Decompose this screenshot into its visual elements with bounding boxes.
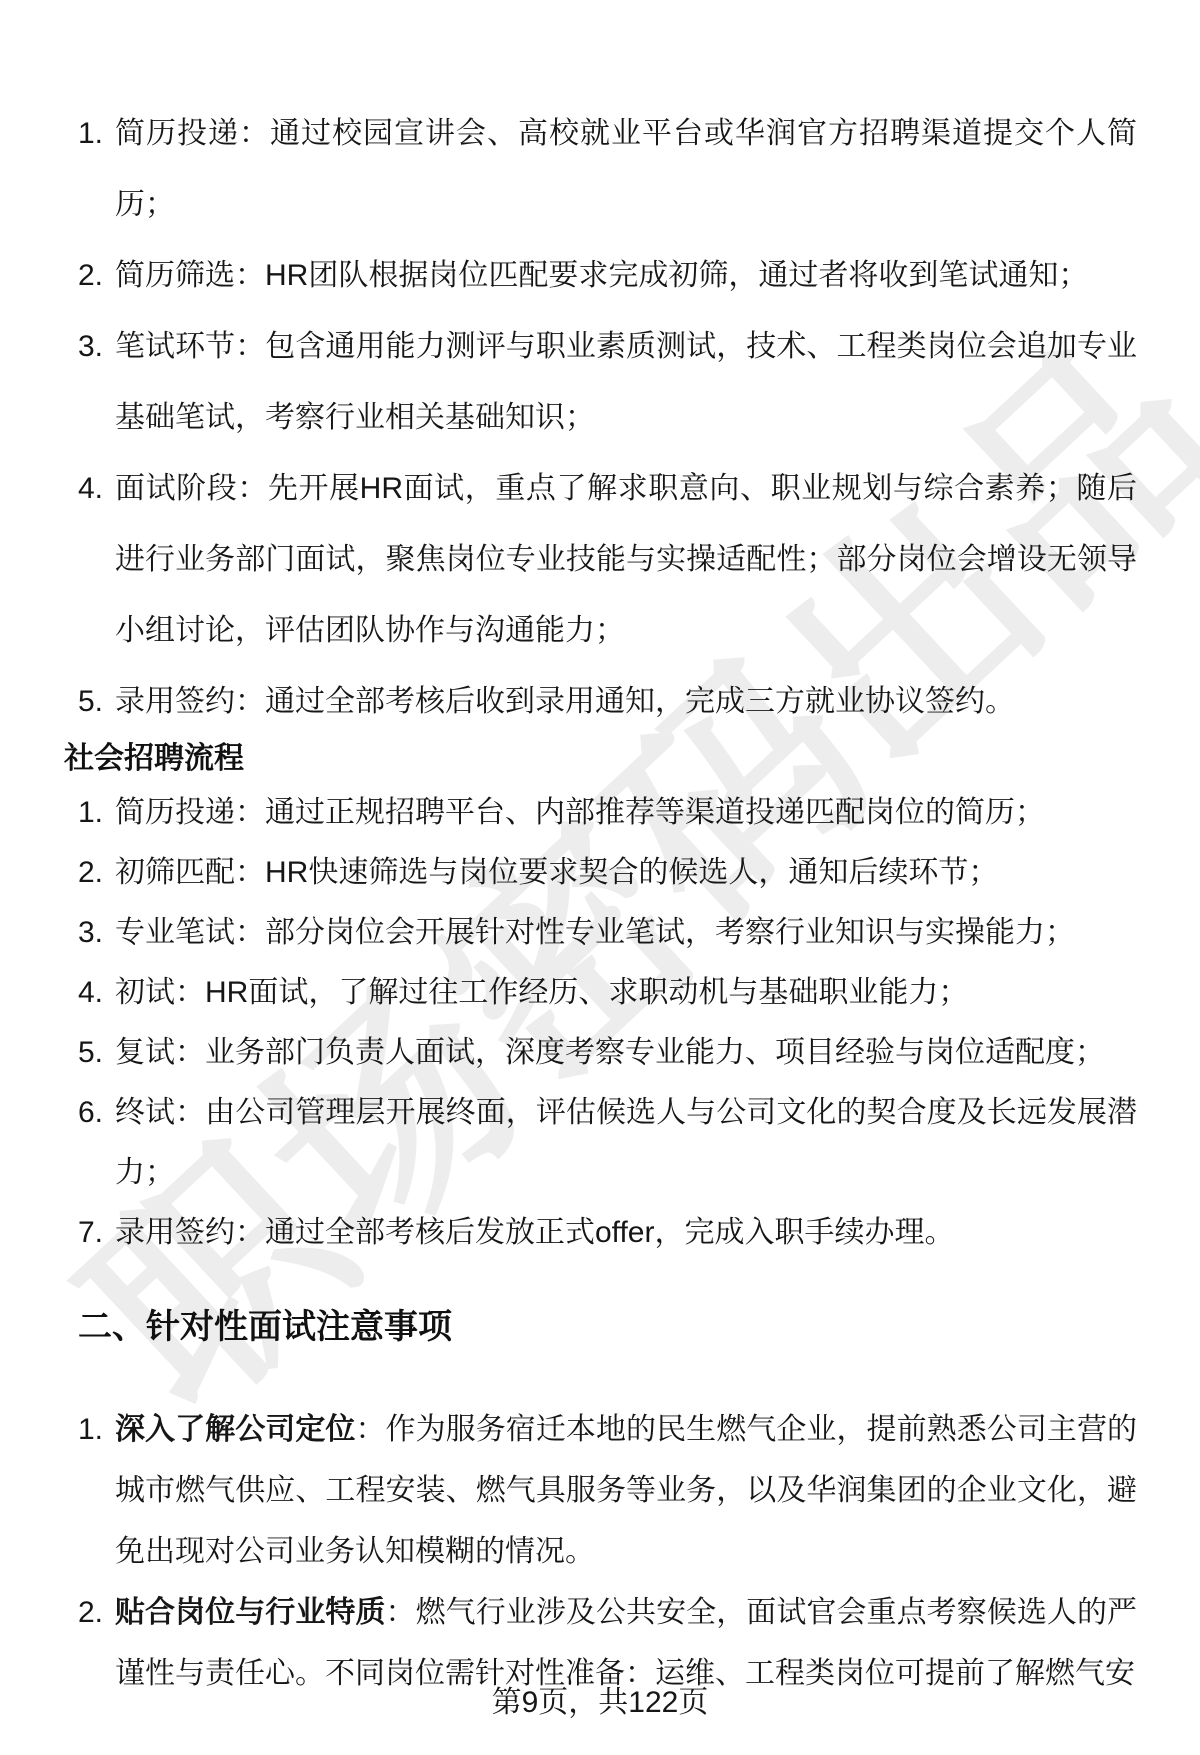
list-item: 5. 录用签约：通过全部考核后收到录用通知，完成三方就业协议签约。	[0, 666, 1200, 737]
list-item-text: 简历投递：通过校园宣讲会、高校就业平台或华润官方招聘渠道提交个人简历；	[115, 98, 1137, 240]
list-item: 2. 简历筛选：HR团队根据岗位匹配要求完成初筛，通过者将收到笔试通知；	[0, 240, 1200, 311]
list-item-number: 2.	[78, 240, 115, 311]
section-two-heading: 二、针对性面试注意事项	[78, 1303, 1200, 1351]
list-item-text: 初试：HR面试，了解过往工作经历、求职动机与基础职业能力；	[115, 963, 1137, 1023]
list-item-body: 初筛匹配：HR快速筛选与岗位要求契合的候选人，通知后续环节；	[115, 856, 998, 889]
list-item-text: 面试阶段：先开展HR面试，重点了解求职意向、职业规划与综合素养；随后进行业务部门…	[115, 453, 1137, 666]
list-item-body: 面试阶段：先开展HR面试，重点了解求职意向、职业规划与综合素养；随后进行业务部门…	[115, 472, 1137, 647]
list-item-text: 深入了解公司定位：作为服务宿迁本地的民生燃气企业，提前熟悉公司主营的城市燃气供应…	[115, 1399, 1137, 1582]
page-content: 1. 简历投递：通过校园宣讲会、高校就业平台或华润官方招聘渠道提交个人简历； 2…	[0, 0, 1200, 1704]
list-item-body: 初试：HR面试，了解过往工作经历、求职动机与基础职业能力；	[115, 976, 968, 1009]
list-item-number: 2.	[78, 843, 115, 903]
list-item-number: 1.	[78, 1399, 115, 1582]
list-item-number: 4.	[78, 963, 115, 1023]
list-item-text: 录用签约：通过全部考核后发放正式offer，完成入职手续办理。	[115, 1203, 1137, 1263]
list-item-body: 专业笔试：部分岗位会开展针对性专业笔试，考察行业知识与实操能力；	[115, 916, 1075, 949]
list-item-body: 简历投递：通过校园宣讲会、高校就业平台或华润官方招聘渠道提交个人简历；	[115, 117, 1137, 221]
list-item: 4. 初试：HR面试，了解过往工作经历、求职动机与基础职业能力；	[0, 963, 1200, 1023]
list-item: 3. 专业笔试：部分岗位会开展针对性专业笔试，考察行业知识与实操能力；	[0, 903, 1200, 963]
list-item-text: 初筛匹配：HR快速筛选与岗位要求契合的候选人，通知后续环节；	[115, 843, 1137, 903]
interview-notes-list: 1. 深入了解公司定位：作为服务宿迁本地的民生燃气企业，提前熟悉公司主营的城市燃…	[0, 1399, 1200, 1704]
list-item: 6. 终试：由公司管理层开展终面，评估候选人与公司文化的契合度及长远发展潜力；	[0, 1083, 1200, 1203]
list-item-number: 3.	[78, 903, 115, 963]
social-recruitment-list: 1. 简历投递：通过正规招聘平台、内部推荐等渠道投递匹配岗位的简历； 2. 初筛…	[0, 783, 1200, 1263]
list-item-text: 复试：业务部门负责人面试，深度考察专业能力、项目经验与岗位适配度；	[115, 1023, 1137, 1083]
list-item-text: 简历投递：通过正规招聘平台、内部推荐等渠道投递匹配岗位的简历；	[115, 783, 1137, 843]
list-item: 5. 复试：业务部门负责人面试，深度考察专业能力、项目经验与岗位适配度；	[0, 1023, 1200, 1083]
list-item-body: 复试：业务部门负责人面试，深度考察专业能力、项目经验与岗位适配度；	[115, 1036, 1105, 1069]
list-item: 7. 录用签约：通过全部考核后发放正式offer，完成入职手续办理。	[0, 1203, 1200, 1263]
list-item-text: 录用签约：通过全部考核后收到录用通知，完成三方就业协议签约。	[115, 666, 1137, 737]
list-item-body: 笔试环节：包含通用能力测评与职业素质测试，技术、工程类岗位会追加专业基础笔试，考…	[115, 330, 1137, 434]
list-item-number: 4.	[78, 453, 115, 666]
list-item: 1. 简历投递：通过校园宣讲会、高校就业平台或华润官方招聘渠道提交个人简历；	[0, 98, 1200, 240]
list-item-text: 终试：由公司管理层开展终面，评估候选人与公司文化的契合度及长远发展潜力；	[115, 1083, 1137, 1203]
list-item-number: 7.	[78, 1203, 115, 1263]
list-item: 3. 笔试环节：包含通用能力测评与职业素质测试，技术、工程类岗位会追加专业基础笔…	[0, 311, 1200, 453]
list-item: 2. 初筛匹配：HR快速筛选与岗位要求契合的候选人，通知后续环节；	[0, 843, 1200, 903]
list-item: 4. 面试阶段：先开展HR面试，重点了解求职意向、职业规划与综合素养；随后进行业…	[0, 453, 1200, 666]
list-item-number: 3.	[78, 311, 115, 453]
document-page: 职场密码出品 1. 简历投递：通过校园宣讲会、高校就业平台或华润官方招聘渠道提交…	[0, 0, 1200, 1755]
list-item-number: 6.	[78, 1083, 115, 1203]
campus-recruitment-list: 1. 简历投递：通过校园宣讲会、高校就业平台或华润官方招聘渠道提交个人简历； 2…	[0, 98, 1200, 737]
list-item: 1. 深入了解公司定位：作为服务宿迁本地的民生燃气企业，提前熟悉公司主营的城市燃…	[0, 1399, 1200, 1582]
list-item-body: 录用签约：通过全部考核后收到录用通知，完成三方就业协议签约。	[115, 685, 1015, 718]
list-item-number: 1.	[78, 783, 115, 843]
list-item-bold-lead: 深入了解公司定位	[115, 1413, 356, 1446]
list-item-text: 专业笔试：部分岗位会开展针对性专业笔试，考察行业知识与实操能力；	[115, 903, 1137, 963]
list-item-body: 简历筛选：HR团队根据岗位匹配要求完成初筛，通过者将收到笔试通知；	[115, 259, 1088, 292]
list-item-number: 5.	[78, 1023, 115, 1083]
list-item-bold-lead: 贴合岗位与行业特质	[115, 1596, 386, 1629]
list-item-body: 录用签约：通过全部考核后发放正式offer，完成入职手续办理。	[115, 1216, 955, 1249]
page-number: 第9页，共122页	[0, 1686, 1200, 1720]
list-item-text: 笔试环节：包含通用能力测评与职业素质测试，技术、工程类岗位会追加专业基础笔试，考…	[115, 311, 1137, 453]
list-item-number: 1.	[78, 98, 115, 240]
list-item-body: 简历投递：通过正规招聘平台、内部推荐等渠道投递匹配岗位的简历；	[115, 796, 1045, 829]
list-item-text: 简历筛选：HR团队根据岗位匹配要求完成初筛，通过者将收到笔试通知；	[115, 240, 1137, 311]
list-item-body: 终试：由公司管理层开展终面，评估候选人与公司文化的契合度及长远发展潜力；	[115, 1096, 1137, 1189]
list-item-number: 5.	[78, 666, 115, 737]
list-item: 1. 简历投递：通过正规招聘平台、内部推荐等渠道投递匹配岗位的简历；	[0, 783, 1200, 843]
social-recruitment-heading: 社会招聘流程	[64, 739, 1200, 779]
